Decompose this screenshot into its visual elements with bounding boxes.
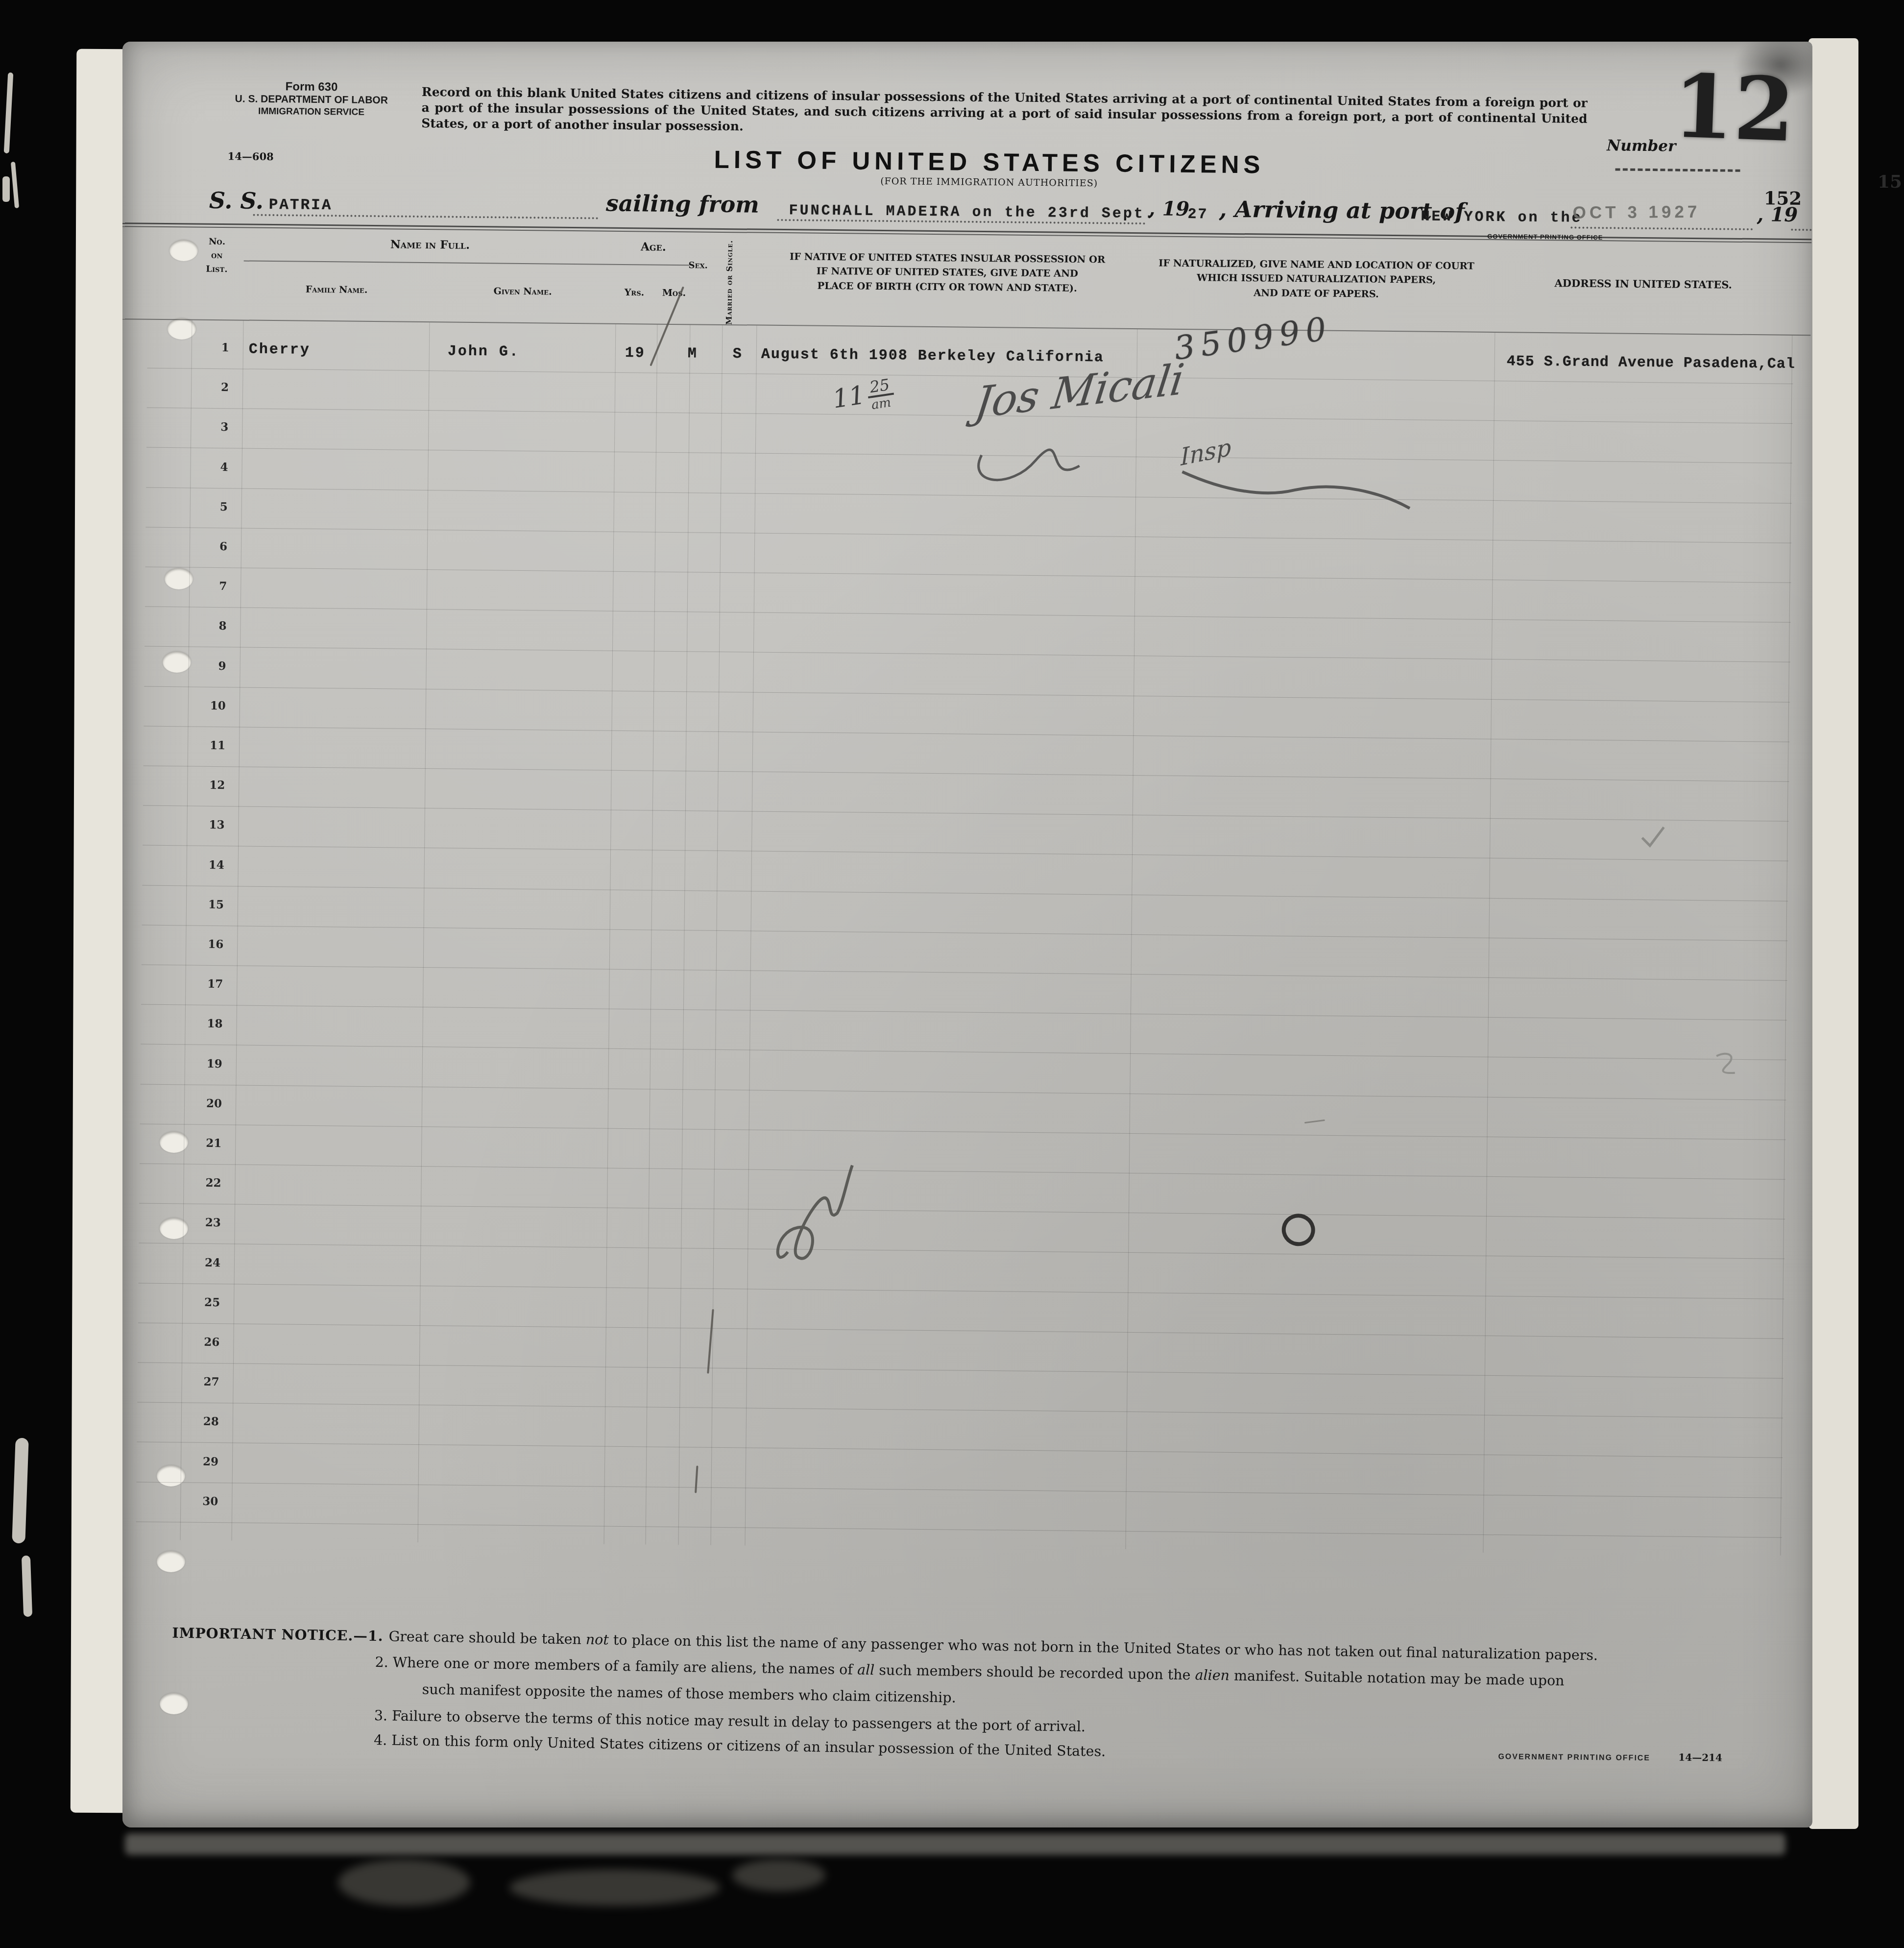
gpo-microprint: GOVERNMENT PRINTING OFFICE [1487,233,1603,241]
notice-text: such manifest opposite the names of thos… [422,1681,956,1706]
time-hour: 11 [831,380,867,414]
row-number: 12 [194,779,225,792]
notice-text: 3. Failure to observe the terms of this … [374,1707,1086,1735]
row-rule [145,567,1791,583]
scan-streak [22,1556,32,1617]
backing-paper-right [1808,38,1858,1829]
column-rule [745,326,757,1546]
notice-text: not [586,1631,609,1648]
row-rule [145,646,1790,662]
col-header-yrs: Yrs. [613,287,656,298]
notice-text: 4. List on this form only United States … [374,1732,1106,1759]
row-number: 10 [195,699,226,712]
notice-text: alien [1195,1667,1229,1683]
column-rule [646,325,658,1545]
agency-service: IMMIGRATION SERVICE [196,106,426,119]
row-number: 30 [188,1494,218,1508]
notice-text: Great care should be taken [388,1628,586,1647]
row-number: 23 [191,1216,221,1230]
sailing-from-label: sailing from [606,190,760,218]
plate-code: 14—608 [228,150,274,163]
row-rule [136,1521,1782,1537]
row-number: 13 [194,818,224,832]
edge-page-number: 15 [1878,171,1902,192]
col-header-address: ADDRESS IN UNITED STATES. [1495,276,1791,292]
row-rule [143,845,1788,861]
notice-text: all [857,1661,875,1678]
departure-year: 27 [1187,206,1208,223]
footer-plate-code: 14—214 [1678,1752,1722,1764]
number-label: Number [1607,137,1676,155]
row-number: 7 [196,580,227,593]
scan-streak [4,73,14,153]
no-line2: on [190,248,244,263]
row-rule [137,1482,1783,1498]
column-rule [1125,329,1137,1549]
row-rule [137,1442,1783,1458]
notice-text: 2. Where one or more members of a family… [375,1654,857,1678]
scan-streak [12,1438,28,1544]
no-line1: No. [190,235,244,249]
notice-line: 3. Failure to observe the terms of this … [374,1707,1086,1735]
pencil-tick [1638,823,1668,853]
row-rule [145,607,1791,623]
row-number: 4 [197,460,228,474]
row-number: 17 [193,977,223,991]
row-number: 3 [198,420,228,434]
ss-label: S. S. [209,187,264,214]
scanned-manifest-page: 15 Form 630 U. S. DEPARTMENT OF LABOR IM… [0,0,1904,1948]
entry-birth: August 6th 1908 Berkeley California [761,346,1104,366]
row-number: 5 [197,500,228,513]
arrival-year-line [1791,229,1811,231]
row-number: 29 [188,1455,218,1468]
column-rule [232,321,244,1541]
column-rule [678,325,691,1545]
col-header-mos: Mos. [656,288,692,299]
entry-given-name: John G. [448,343,520,361]
notice-text: IMPORTANT NOTICE.—1. [172,1624,389,1644]
entry-family-name: Cherry [249,341,311,359]
signature-flourish [952,371,1423,513]
row-number: 2 [198,381,229,394]
arrival-date-stamp: OCT 3 1927 [1573,202,1701,223]
row-rule [144,726,1789,742]
row-number: 6 [197,540,227,554]
row-rule [140,1164,1785,1180]
column-rule [1483,333,1495,1553]
entry-address: 455 S.Grand Avenue Pasadena,Cal [1507,353,1795,373]
row-rule [138,1322,1784,1339]
scan-blob [732,1859,825,1891]
paper-edge-blur [125,1833,1785,1855]
col-header-naturalization: IF NATURALIZED, GIVE NAME AND LOCATION O… [1137,256,1495,302]
scan-streak [2,176,10,202]
row-rule [141,1004,1787,1021]
notice-text: manifest. Suitable notation may be made … [1229,1667,1565,1689]
col-header-sex: Sex. [688,260,707,270]
column-rule [418,322,430,1542]
row-number: 15 [193,898,224,911]
form-instructions: Record on this blank United States citiz… [421,84,1588,142]
pencil-check-mark [650,286,684,366]
row-rule [140,1084,1786,1100]
pencil-stroke [707,1309,714,1374]
ship-name: PATRIA [269,196,333,214]
row-number: 11 [195,739,225,753]
ink-blot [1259,1197,1285,1223]
col-header-name-in-full: Name in Full. [244,237,616,253]
row-rule [142,965,1787,981]
row-number: 19 [192,1057,222,1071]
notice-line: 4. List on this form only United States … [374,1732,1106,1759]
col-header-family-name: Family Name. [243,284,430,296]
pencil-dash [1304,1120,1325,1123]
row-rule [140,1123,1786,1140]
pencil-squiggle [1711,1049,1741,1079]
row-rule [144,686,1790,702]
row-number: 28 [189,1415,219,1429]
row-number: 26 [189,1336,219,1349]
natz-header-line3: AND DATE OF PAPERS. [1137,285,1495,302]
footer-gpo: GOVERNMENT PRINTING OFFICE [1498,1753,1650,1763]
pencil-scribble [768,1159,862,1277]
arrival-year-19: , 19 [1757,203,1798,226]
notice-text: to place on this list the name of any pa… [609,1631,1598,1663]
scan-streak [11,162,19,208]
ship-name-line [253,214,599,219]
row-rule [142,925,1788,941]
row-rule [145,527,1791,543]
row-number: 9 [196,659,226,673]
form-title: LIST OF UNITED STATES CITIZENS [690,145,1288,179]
entry-sex: M [688,345,698,362]
row-number: 22 [191,1176,221,1190]
row-number: 16 [193,938,223,951]
no-line3: List. [190,262,243,276]
agency-name: U. S. DEPARTMENT OF LABOR [196,93,427,107]
column-rule [711,325,723,1545]
entry-naturalization-number: 350990 [1172,310,1334,367]
inspector-time-note: 11 25 am [831,376,896,417]
printed-year-19: , 19 [1149,197,1190,220]
form-code: Form 630 [196,79,427,96]
row-number: 25 [190,1295,220,1309]
row-rule [138,1363,1783,1379]
birth-header-line3: PLACE OF BIRTH (CITY OR TOWN AND STATE). [757,278,1137,296]
scan-blob [509,1869,720,1906]
row-number: 1 [199,341,229,355]
manifest-form-page: Form 630 U. S. DEPARTMENT OF LABOR IMMIG… [122,42,1812,1827]
row-rule [142,885,1788,901]
row-number: 24 [190,1256,220,1269]
row-number: 20 [192,1096,222,1110]
row-rule [139,1283,1784,1299]
row-number: 8 [196,619,226,633]
arrival-port: NEW YORK on the [1421,209,1582,227]
notice-line: such manifest opposite the names of thos… [422,1681,956,1706]
ink-blot [1279,1211,1318,1249]
row-rule [143,805,1789,822]
column-rule [180,320,193,1540]
scan-blob [338,1859,470,1906]
row-rule [141,1044,1786,1060]
pencil-stroke [695,1465,698,1493]
departure-port-date: FUNCHALL MADEIRA on the 23rd Sept. [789,202,1155,222]
col-header-birth: IF NATIVE OF UNITED STATES INSULAR POSSE… [757,249,1138,296]
row-number: 21 [191,1137,221,1150]
notice-text: such members should be recorded upon the [874,1662,1195,1683]
row-number: 14 [194,858,224,872]
col-header-age: Age. [616,240,691,254]
col-header-married-single: Married or Single. [724,233,752,332]
sheet-number-stamp: 12 [1671,54,1796,161]
row-rule [137,1402,1783,1418]
arrival-date-line [1570,227,1753,231]
row-number: 27 [189,1375,219,1389]
entry-age-yrs: 19 [625,345,646,362]
number-line [1615,168,1740,171]
col-header-given-name: Given Name. [430,285,616,298]
entry-married-single: S [733,346,743,363]
row-rule [139,1203,1785,1219]
row-rule [144,766,1789,782]
name-age-subrule [244,261,690,266]
row-rule [139,1243,1784,1259]
column-rule [604,324,616,1544]
row-number: 18 [193,1017,223,1031]
header-bottom-rule [122,318,1810,336]
col-header-no-on-list: No. on List. [190,235,244,276]
column-rule [1780,336,1792,1556]
